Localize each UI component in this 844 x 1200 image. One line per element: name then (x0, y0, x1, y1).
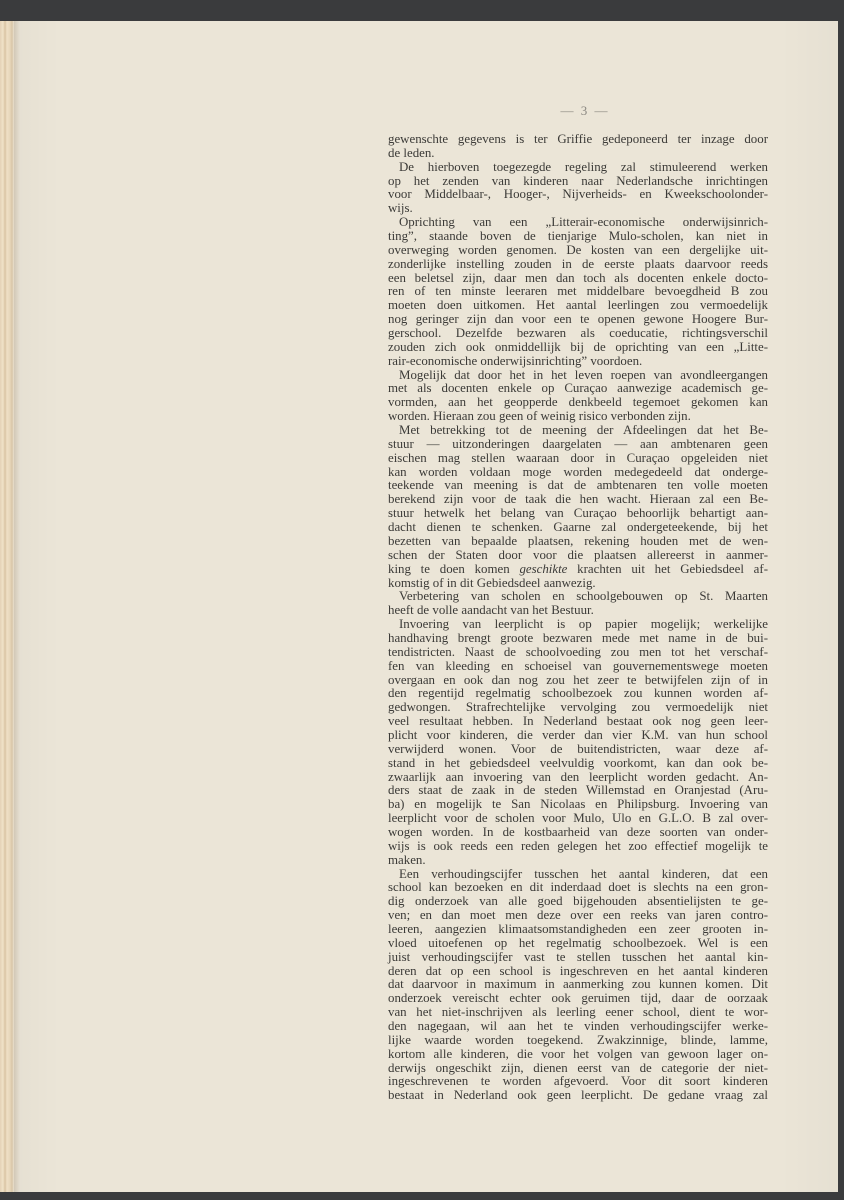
text-line: fen van kleeding en schoeisel van gouver… (388, 660, 768, 674)
text-line: wijs. (388, 202, 768, 216)
emphasis: geschikte (519, 562, 567, 576)
text-line: Verbetering van scholen en schoolgebouwe… (388, 590, 768, 604)
text-line: eischen mag stellen waaraan door in Cura… (388, 452, 768, 466)
text-line: stuur hetwelk het belang van Curaçao beh… (388, 507, 768, 521)
text-line: stand in het gebiedsdeel veelvuldig voor… (388, 757, 768, 771)
text-line: kortom alle kinderen, die voor het volge… (388, 1048, 768, 1062)
text-line: school kan bezoeken en dit inderdaad doe… (388, 881, 768, 895)
text-line: voor Middelbaar-, Hooger-, Nijverheids- … (388, 188, 768, 202)
text-line: nog geringer zijn dan voor een te openen… (388, 313, 768, 327)
text-line: worden. Hieraan zou geen of weinig risic… (388, 410, 768, 424)
text-line: Mogelijk dat door het in het leven roepe… (388, 369, 768, 383)
text-line: Een verhoudingscijfer tusschen het aanta… (388, 868, 768, 882)
text-line: heeft de volle aandacht van het Bestuur. (388, 604, 768, 618)
text-line: met als docenten enkele op Curaçao aanwe… (388, 382, 768, 396)
text-line: schen der Staten door voor die plaatsen … (388, 549, 768, 563)
text-line: Invoering van leerplicht is op papier mo… (388, 618, 768, 632)
text-line: stuur — uitzonderingen daargelaten — aan… (388, 438, 768, 452)
text-line: ven; en dan moet men deze over een reeks… (388, 909, 768, 923)
text-line: de leden. (388, 147, 768, 161)
text-line: lijke waarde worden toegekend. Zwakzinni… (388, 1034, 768, 1048)
text-line: ting”, staande boven de tienjarige Mulo-… (388, 230, 768, 244)
body-text: gewenschte gegevens is ter Griffie gedep… (388, 133, 768, 1103)
text-line: berekend zijn voor de taak die hen wacht… (388, 493, 768, 507)
text-line: veel resultaat hebben. In Nederland best… (388, 715, 768, 729)
text-line: juist verhoudingscijfer vast te stellen … (388, 951, 768, 965)
text-line: bezetten van bepaalde plaatsen, rekening… (388, 535, 768, 549)
page-number: — 3 — (540, 103, 630, 119)
text-line: deren dat op een school is ingeschreven … (388, 965, 768, 979)
text-line: handhaving brengt groote bezwaren mede m… (388, 632, 768, 646)
text-line: dat daarvoor in maximum in aanmerking zo… (388, 978, 768, 992)
text-line: van het niet-inschrijven als leerling ee… (388, 1006, 768, 1020)
text-line: ren of ten minste leeraren met middelbar… (388, 285, 768, 299)
text-line: derwijs ongeschikt zijn, dienen eerst va… (388, 1062, 768, 1076)
text-line: overweging worden genomen. De kosten van… (388, 244, 768, 258)
text-line: een beletsel zijn, daar men dan toch als… (388, 272, 768, 286)
text-line: verwijderd wonen. Voor de buitendistrict… (388, 743, 768, 757)
text-line: overgaan en ook dan nog zou het zeer te … (388, 674, 768, 688)
text-line: tendistricten. Naast de schoolvoeding zo… (388, 646, 768, 660)
text-line: zwaarlijk aan invoering van den leerplic… (388, 771, 768, 785)
text-line: teekende van meening is dat de ambtenare… (388, 479, 768, 493)
text-line: vloed uitoefenen op het regelmatig schoo… (388, 937, 768, 951)
text-line: gerschool. Dezelfde bezwaren als coeduca… (388, 327, 768, 341)
text-line: zonderlijke instelling zouden in de eers… (388, 258, 768, 272)
text-line: plicht voor kinderen, die verder dan vie… (388, 729, 768, 743)
text-line: zouden zich ook onmiddellijk bij de opri… (388, 341, 768, 355)
text-line: komstig of in dit Gebiedsdeel aanwezig. (388, 577, 768, 591)
page-binding-edge (0, 21, 14, 1192)
text-line: kan worden voldaan moge worden medegedee… (388, 466, 768, 480)
text-line: ders staat de zaak in de steden Willemst… (388, 784, 768, 798)
text-line: op het zenden van kinderen naar Nederlan… (388, 175, 768, 189)
text-line: onderzoek vereischt echter ook geruimen … (388, 992, 768, 1006)
text-line: rair-economische onderwijsinrichting” vo… (388, 355, 768, 369)
text-line: ingeschrevenen te worden afgevoerd. Voor… (388, 1075, 768, 1089)
text-line: moeten doen uitkomen. Het aantal leerlin… (388, 299, 768, 313)
text-line: gedwongen. Strafrechtelijke vervolging z… (388, 701, 768, 715)
text-line: den regentijd regelmatig schoolbezoek zo… (388, 687, 768, 701)
text-line: De hierboven toegezegde regeling zal sti… (388, 161, 768, 175)
text-line: gewenschte gegevens is ter Griffie gedep… (388, 133, 768, 147)
text-line: dacht dienen te schenken. Gaarne zal ond… (388, 521, 768, 535)
text-line: Met betrekking tot de meening der Afdeel… (388, 424, 768, 438)
text-line: king te doen komen geschikte krachten ui… (388, 563, 768, 577)
text-line: den nagegaan, wil aan het te vinden verh… (388, 1020, 768, 1034)
text-line: maken. (388, 854, 768, 868)
binding-shadow (14, 21, 20, 1192)
text-line: vormden, aan het geopperde denkbeeld teg… (388, 396, 768, 410)
text-line: wijs is ook reeds een reden gelegen het … (388, 840, 768, 854)
text-line: dig onderzoek van alle goed bijgehouden … (388, 895, 768, 909)
text-line: bestaat in Nederland ook geen leerplicht… (388, 1089, 768, 1103)
text-line: Oprichting van een „Litterair-economisch… (388, 216, 768, 230)
text-line: wogen worden. In de kostbaarheid van dez… (388, 826, 768, 840)
text-line: leeren, aangezien klimaatsomstandigheden… (388, 923, 768, 937)
text-line: leerplicht voor de scholen voor Mulo, Ul… (388, 812, 768, 826)
text-line: ba) en mogelijk te San Nicolaas en Phili… (388, 798, 768, 812)
